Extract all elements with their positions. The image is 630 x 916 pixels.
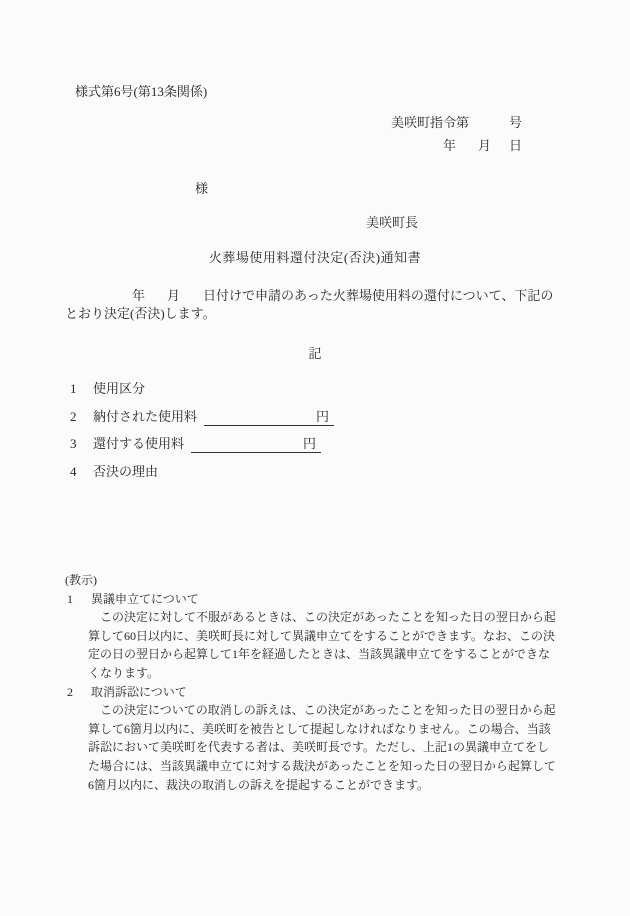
- item-list: 1 使用区分 2 納付された使用料 円 3 還付する使用料 円 4 否決の理由: [70, 382, 550, 478]
- item-label: 使用区分: [93, 382, 145, 395]
- item-refund-fee: 3 還付する使用料 円: [70, 437, 550, 450]
- section-title-text: 取消訴訟について: [91, 683, 187, 702]
- item-label: 納付された使用料: [93, 410, 197, 423]
- paid-fee-blank-field: 円: [204, 410, 334, 426]
- section-title-text: 異議申立てについて: [91, 590, 199, 609]
- body-year-label: 年: [132, 288, 145, 303]
- directive-number-line: 美咲町指令第 号: [391, 116, 522, 129]
- item-number: 3: [70, 437, 93, 450]
- section-number: 2: [65, 683, 91, 702]
- document-title: 火葬場使用料還付決定(否決)通知書: [0, 251, 630, 264]
- item-paid-fee: 2 納付された使用料 円: [70, 410, 550, 423]
- instruction-section-lawsuit-body: この決定についての取消しの訴えは、この決定があったことを知った日の翌日から起算し…: [65, 701, 560, 794]
- instruction-section-objection-title: 1 異議申立てについて: [65, 590, 560, 609]
- instructions-heading: (教示): [65, 571, 560, 590]
- currency-unit-label: 円: [303, 436, 321, 451]
- currency-unit-label: 円: [316, 409, 334, 424]
- item-number: 2: [70, 410, 93, 423]
- addressee-honorific: 様: [195, 182, 208, 195]
- directive-prefix: 美咲町指令第: [391, 116, 469, 129]
- document-page: 様式第6号(第13条関係) 美咲町指令第 号 年月日 様 美咲町長 火葬場使用料…: [0, 0, 630, 916]
- item-number: 4: [70, 465, 93, 478]
- item-label: 還付する使用料: [93, 437, 184, 450]
- section-number: 1: [65, 590, 91, 609]
- directive-number-suffix: 号: [509, 116, 522, 129]
- date-day-label: 日: [509, 138, 522, 153]
- item-number: 1: [70, 382, 93, 395]
- record-marker: 記: [0, 347, 630, 360]
- body-month-label: 月: [167, 288, 180, 303]
- body-paragraph: 年月日付けで申請のあった火葬場使用料の還付について、下記のとおり決定(否決)しま…: [65, 287, 562, 323]
- item-rejection-reason: 4 否決の理由: [70, 465, 550, 478]
- date-year-label: 年: [443, 138, 456, 153]
- issue-date-line: 年月日: [391, 139, 522, 152]
- date-month-label: 月: [478, 138, 491, 153]
- item-usage-category: 1 使用区分: [70, 382, 550, 395]
- form-number-label: 様式第6号(第13条関係): [75, 85, 207, 98]
- item-label: 否決の理由: [93, 465, 158, 478]
- sender-title: 美咲町長: [366, 216, 418, 229]
- instruction-section-lawsuit-title: 2 取消訴訟について: [65, 683, 560, 702]
- legal-instructions-block: (教示) 1 異議申立てについて この決定に対して不服があるときは、この決定があ…: [65, 571, 560, 794]
- instruction-section-objection-body: この決定に対して不服があるときは、この決定があったことを知った日の翌日から起算し…: [65, 608, 560, 682]
- refund-fee-blank-field: 円: [191, 437, 321, 453]
